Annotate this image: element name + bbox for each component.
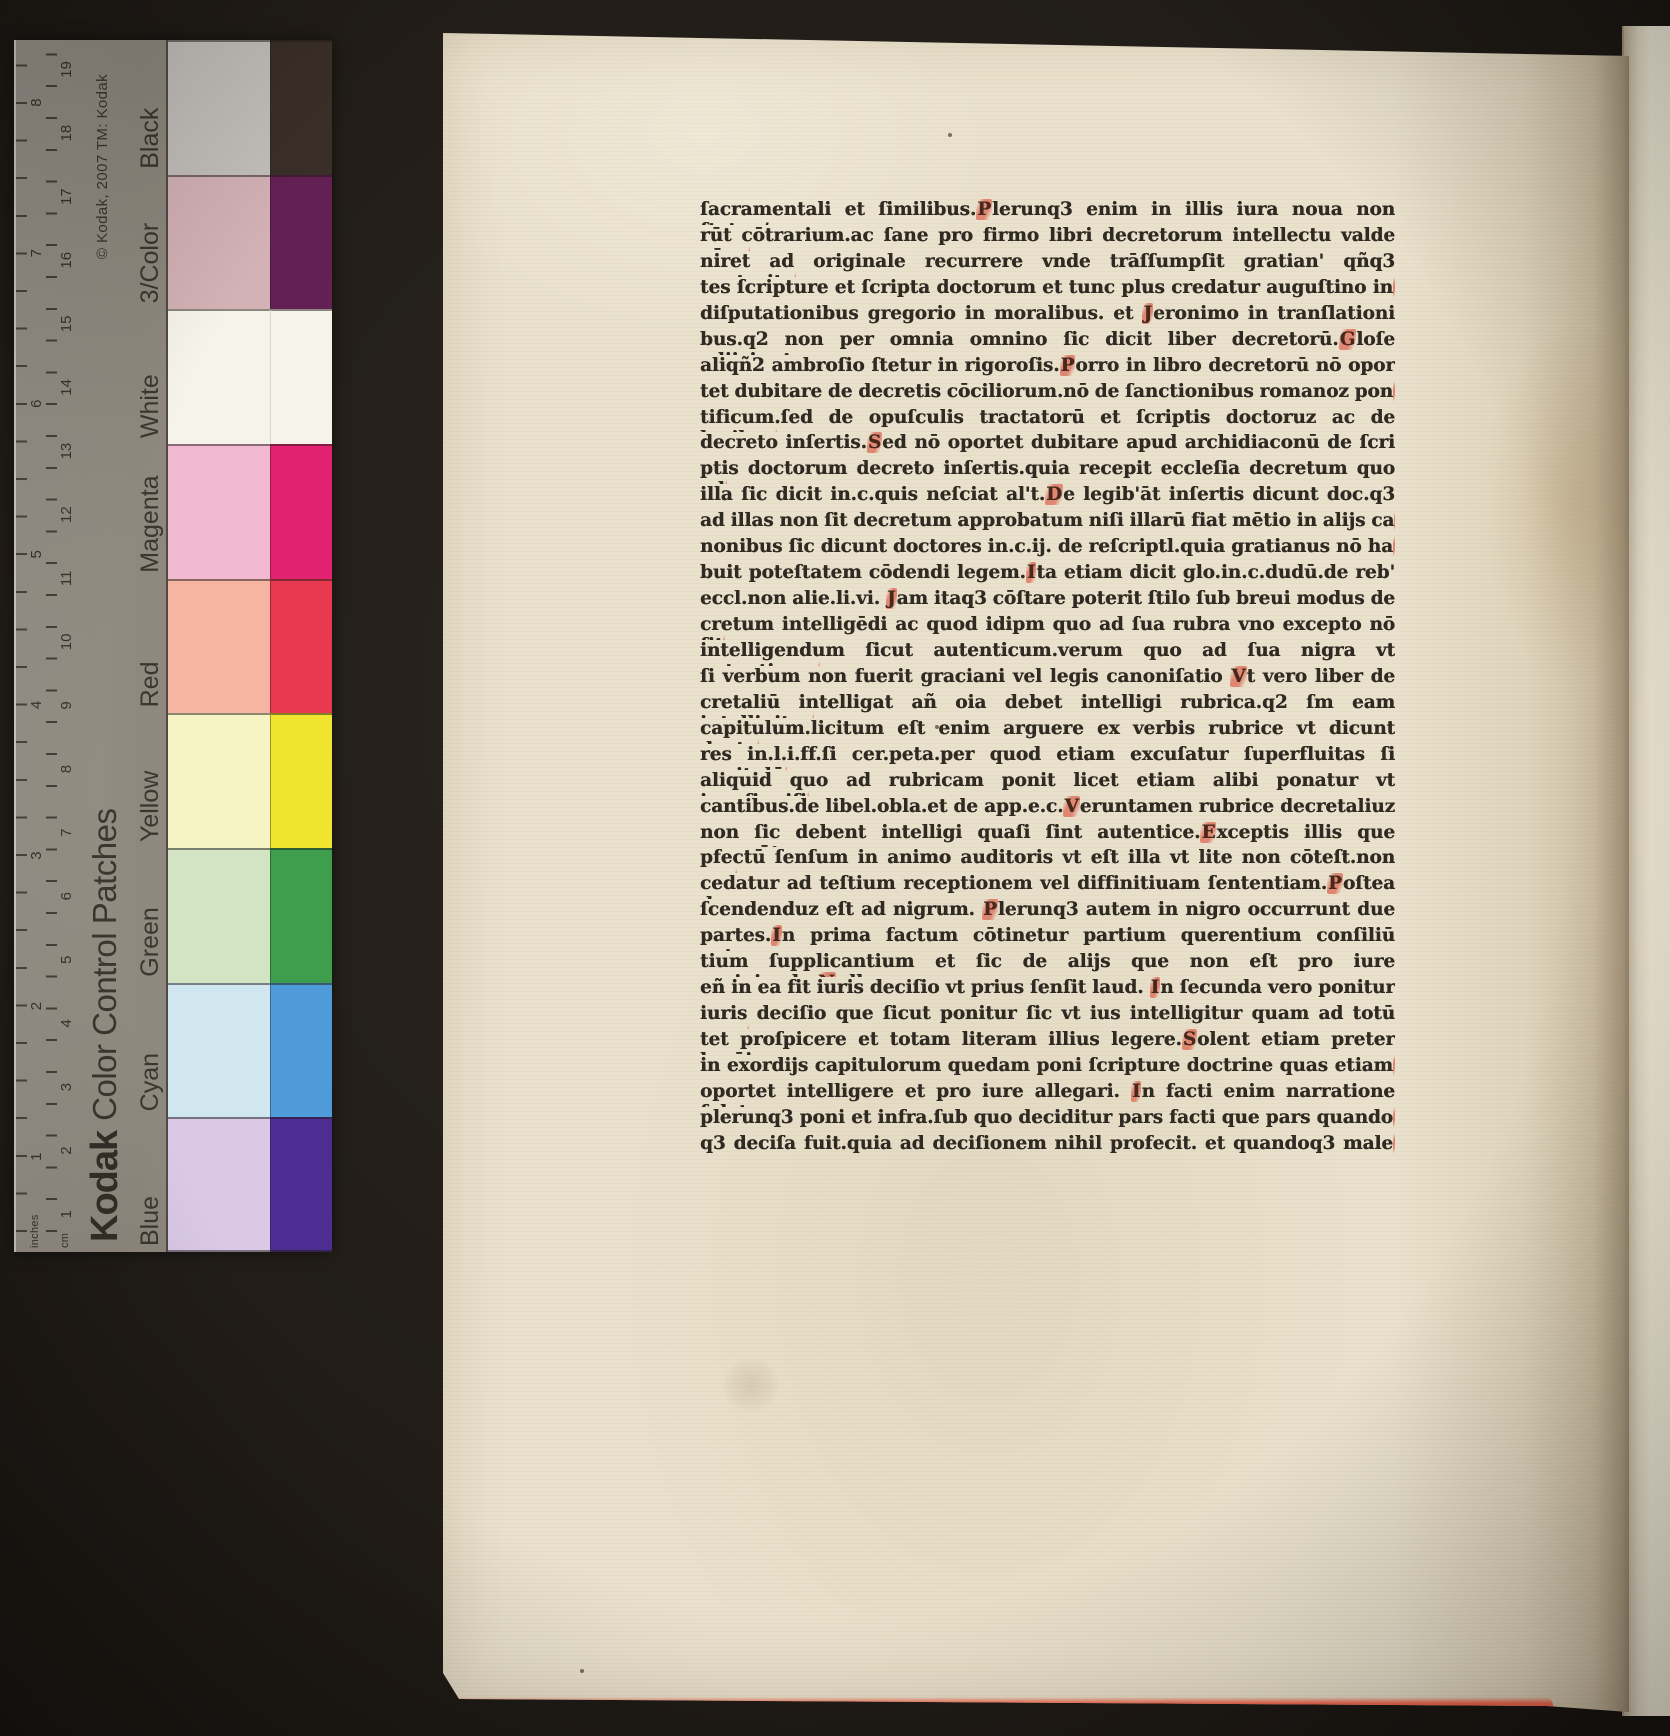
patch-3color-light — [168, 175, 270, 310]
rubricated-initial: I — [1026, 562, 1037, 583]
color-bar-ruler: inches 1 2 3 4 5 6 7 8 cm 1 2 3 4 5 6 — [16, 40, 76, 1252]
inch-ruler-ticks — [16, 40, 27, 1232]
text-line: cretaliū intelligat añ oia debet intelli… — [700, 692, 1395, 718]
rubricated-initial: I — [1150, 977, 1161, 998]
text-line: tes ſcripture et ſcripta doctorum et tun… — [700, 277, 1395, 303]
cm-number: 18 — [59, 101, 74, 165]
text-line: tificum.ſed de opuſculis tractatorū et ſ… — [700, 407, 1395, 433]
rubricated-initial: P — [1327, 873, 1343, 894]
inch-number: 7 — [29, 178, 44, 329]
text-line: aliqñ2 ambroſio ſtetur in rigoroſis.Porr… — [700, 355, 1395, 381]
patch-label-white: White — [136, 309, 165, 444]
inch-number: 4 — [29, 630, 44, 781]
inch-number: 1 — [29, 1081, 44, 1232]
patch-yellow-light — [168, 713, 270, 848]
patch-red-light — [168, 579, 270, 714]
rubricated-initial: G — [1339, 329, 1357, 350]
cm-number: 10 — [59, 610, 74, 674]
inches-unit-label: inches — [30, 1214, 41, 1248]
patch-red-dark — [270, 579, 332, 714]
cm-number: 9 — [59, 674, 74, 738]
color-patch-grid — [166, 40, 332, 1252]
patch-green-light — [168, 848, 270, 983]
patch-magenta-dark — [270, 444, 332, 579]
text-line: oportet intelligere et pro iure allegari… — [700, 1081, 1395, 1107]
text-line: eccl.non alie.li.vi. Jam itaq3 cōſtare p… — [700, 588, 1395, 614]
rubricated-initial: D — [1045, 484, 1063, 505]
patch-label-cyan: Cyan — [136, 983, 165, 1118]
text-line: rūt cōtrarium.ac ſane pro firmo libri de… — [700, 225, 1395, 251]
rubricated-initial: S — [1182, 1029, 1197, 1050]
text-line: diſputationibus gregorio in moralibus. e… — [700, 303, 1395, 329]
text-line: pfectū ſenſum in animo auditoris vt eſt … — [700, 847, 1395, 873]
cm-number: 12 — [59, 483, 74, 547]
kodak-wordmark: Kodak — [84, 1131, 127, 1242]
rubricated-initial: V — [1063, 796, 1079, 817]
text-line: bus.q2 non per omnia omnino ſic dicit li… — [700, 329, 1395, 355]
patch-cyan-light — [168, 983, 270, 1118]
text-line: non ſic debent intelligi quaſi ſint aute… — [700, 822, 1395, 848]
rubricated-initial: E — [1200, 822, 1216, 843]
text-line: partes.In prima factum cōtinetur partium… — [700, 925, 1395, 951]
text-line: ptis doctorum decreto inſertis.quia rece… — [700, 458, 1395, 484]
text-line: cretum intelligēdi ac quod idipm quo ad … — [700, 614, 1395, 640]
inch-number: 6 — [29, 328, 44, 479]
patch-blue-light — [168, 1117, 270, 1252]
patch-label-blue: Blue — [136, 1117, 165, 1252]
cm-unit-label: cm — [60, 1233, 71, 1248]
rubricated-initial — [1393, 381, 1395, 402]
kodak-brand-row: Kodak Color Control Patches © Kodak, 200… — [76, 40, 134, 1252]
red-stained-page-edge — [457, 1697, 1553, 1710]
rubricated-initial: V — [1230, 666, 1246, 687]
paper-speck — [948, 133, 952, 137]
text-line: q3 deciſa fuit.quia ad deciſionem nihil … — [700, 1133, 1395, 1159]
rubricated-initial: P — [1060, 355, 1076, 376]
text-line: ſi verbum non fuerit graciani vel legis … — [700, 666, 1395, 692]
text-line: tium ſupplicantium et ſic de alijs que n… — [700, 951, 1395, 977]
patch-white-dark — [270, 309, 332, 444]
photograph-background: inches 1 2 3 4 5 6 7 8 cm 1 2 3 4 5 6 — [0, 0, 1670, 1736]
cm-number: 3 — [59, 1055, 74, 1119]
text-line: eñ in ea fit iuris deciſio vt prius ſenſ… — [700, 977, 1395, 1003]
patch-cyan-dark — [270, 983, 332, 1118]
cm-number: 16 — [59, 229, 74, 293]
rubricated-initial — [1393, 1055, 1395, 1076]
patch-magenta-light — [168, 444, 270, 579]
text-line: ad illas non ſit decretum approbatum niſ… — [700, 510, 1395, 536]
inch-ruler-numbers: inches 1 2 3 4 5 6 7 8 — [27, 40, 46, 1252]
text-line: decreto inſertis.Sed nō oportet dubitare… — [700, 432, 1395, 458]
rubricated-initial: P — [976, 199, 992, 220]
patch-3color-dark — [270, 175, 332, 310]
light-tint-patch-row — [168, 40, 270, 1252]
text-line: tet proſpicere et totam literam illius l… — [700, 1029, 1395, 1055]
patch-label-red: Red — [136, 579, 165, 714]
manuscript-text-block: ſacramentali et ſimilibus.Plerunq3 enim … — [700, 199, 1395, 1159]
patch-label-row: Blue Cyan Green Yellow Red Magenta White… — [134, 40, 166, 1252]
cm-number: 6 — [59, 864, 74, 928]
patch-label-black: Black — [136, 40, 165, 175]
cm-number: 15 — [59, 292, 74, 356]
inch-number: 5 — [29, 479, 44, 630]
kodak-color-control-strip: inches 1 2 3 4 5 6 7 8 cm 1 2 3 4 5 6 — [14, 40, 332, 1252]
text-line: tet dubitare de decretis cōciliorum.nō d… — [700, 381, 1395, 407]
saturated-patch-row — [270, 40, 332, 1252]
color-control-patches-label: Color Control Patches — [86, 809, 124, 1121]
rubricated-initial: P — [982, 899, 998, 920]
patch-label-green: Green — [136, 848, 165, 983]
cm-number: 17 — [59, 165, 74, 229]
patch-label-yellow: Yellow — [136, 713, 165, 848]
inch-number: 3 — [29, 780, 44, 931]
page-gutter-shadow — [1394, 33, 1629, 1712]
rubricated-initial: I — [1131, 1081, 1142, 1102]
text-line: res in.l.i.ff.ſi cer.peta.per quod etiam… — [700, 744, 1395, 770]
rubricated-initial — [1393, 536, 1395, 557]
cm-number: 11 — [59, 546, 74, 610]
patch-white — [168, 309, 270, 444]
inch-number: 8 — [29, 27, 44, 178]
kodak-copyright-text: © Kodak, 2007 TM: Kodak — [94, 74, 111, 259]
paper-speck — [580, 1669, 584, 1673]
text-line: plerunq3 poni et infra.ſub quo deciditur… — [700, 1107, 1395, 1133]
cm-number: 19 — [59, 38, 74, 102]
cm-number: 13 — [59, 419, 74, 483]
text-line: ſacramentali et ſimilibus.Plerunq3 enim … — [700, 199, 1395, 225]
inch-number: 2 — [29, 931, 44, 1082]
text-line: niret ad originale recurrere vnde trāſſu… — [700, 251, 1395, 277]
cm-number: 14 — [59, 356, 74, 420]
rubricated-initial: J — [886, 588, 897, 609]
rubricated-initial — [1394, 510, 1395, 531]
text-line: ſcendenduz eſt ad nigrum. Plerunq3 autem… — [700, 899, 1395, 925]
text-line: capitulum.licitum eſt enim arguere ex ve… — [700, 718, 1395, 744]
manuscript-page: ſacramentali et ſimilibus.Plerunq3 enim … — [443, 33, 1629, 1712]
patch-yellow-dark — [270, 713, 332, 848]
text-line: illa ſic dicit in.c.quis neſciat al't.De… — [700, 484, 1395, 510]
adjacent-page-edge — [1622, 26, 1670, 1716]
cm-ruler-numbers: cm 1 2 3 4 5 6 7 8 9 10 11 12 13 14 15 1… — [57, 40, 76, 1252]
text-line: cedatur ad teſtium receptionem vel diffi… — [700, 873, 1395, 899]
rubricated-initial: J — [1142, 303, 1153, 324]
patch-blue-dark — [270, 1117, 332, 1252]
patch-label-3color: 3/Color — [136, 175, 165, 310]
rubricated-initial: S — [867, 432, 882, 453]
text-line: aliquid quo ad rubricam ponit licet etia… — [700, 770, 1395, 796]
rubricated-initial — [1393, 1107, 1395, 1128]
cm-number: 2 — [59, 1119, 74, 1183]
cm-number: 8 — [59, 737, 74, 801]
patch-black-light — [168, 40, 270, 175]
rubricated-initial — [1393, 277, 1395, 298]
text-line: nonibus ſic dicunt doctores in.c.ij. de … — [700, 536, 1395, 562]
text-line: buit poteſtatem cōdendi legem.Ita etiam … — [700, 562, 1395, 588]
patch-green-dark — [270, 848, 332, 983]
text-line: cantibus.de libel.obla.et de app.e.c.Ver… — [700, 796, 1395, 822]
cm-ruler-ticks — [46, 40, 57, 1232]
cm-number: 7 — [59, 801, 74, 865]
text-line: iuris deciſio que ſicut ponitur ſic vt i… — [700, 1003, 1395, 1029]
cm-number: 5 — [59, 928, 74, 992]
text-line: intelligendum ſicut autenticum.verum quo… — [700, 640, 1395, 666]
text-line: in exordijs capitulorum quedam poni ſcri… — [700, 1055, 1395, 1081]
patch-black-dark — [270, 40, 332, 175]
rubricated-initial — [1393, 1133, 1395, 1154]
rubricated-initial: I — [771, 925, 782, 946]
cm-number: 4 — [59, 992, 74, 1056]
patch-label-magenta: Magenta — [136, 444, 165, 579]
